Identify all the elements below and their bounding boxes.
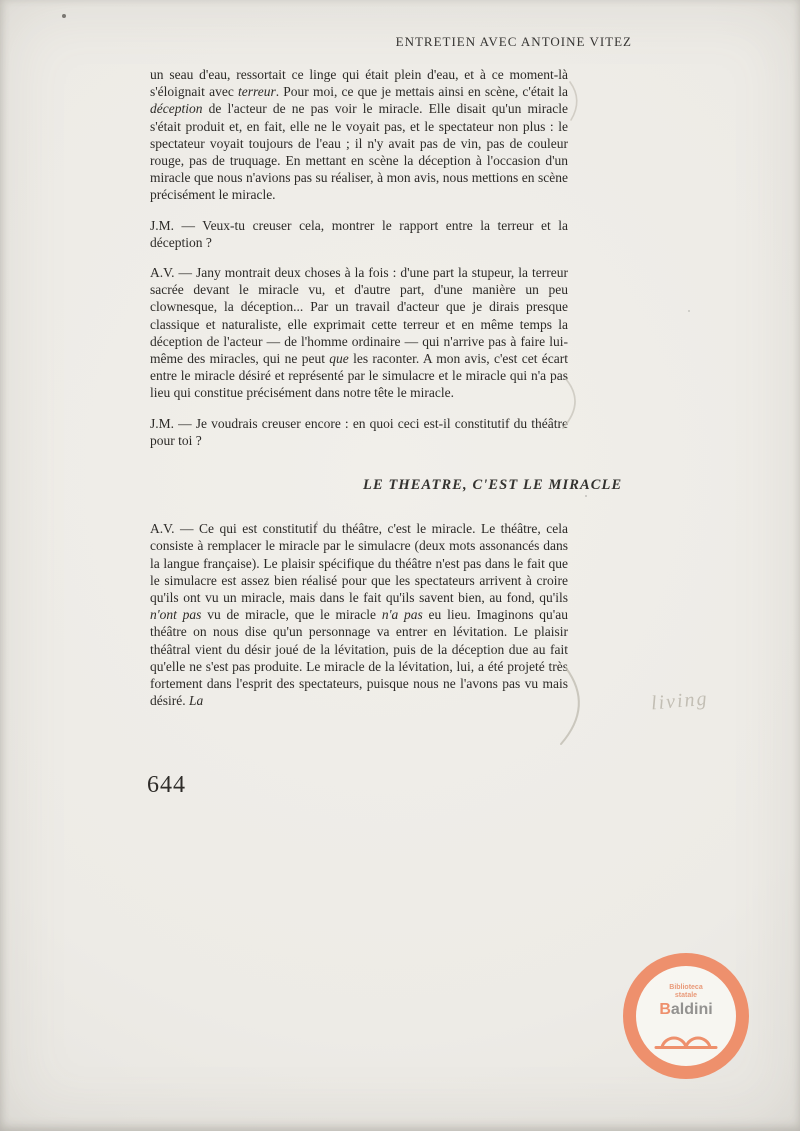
library-stamp-content: Biblioteca statale Baldini bbox=[636, 966, 736, 1066]
text-segment: J.M. — Je voudrais creuser encore : en q… bbox=[150, 416, 568, 448]
running-head: ENTRETIEN AVEC ANTOINE VITEZ bbox=[396, 34, 632, 50]
dialogue-paragraph-jm: J.M. — Je voudrais creuser encore : en q… bbox=[150, 415, 568, 449]
stamp-library-type: Biblioteca statale bbox=[669, 984, 702, 1000]
text-segment-italic: La bbox=[189, 693, 203, 708]
text-segment-italic: que bbox=[329, 351, 349, 366]
text-segment: . Pour moi, ce que je mettais ainsi en s… bbox=[276, 84, 568, 99]
text-segment-italic: déception bbox=[150, 101, 202, 116]
library-stamp: Biblioteca statale Baldini bbox=[623, 953, 749, 1079]
text-segment: A.V. — Ce qui est constitutif du théâtre… bbox=[150, 521, 568, 605]
text-segment-italic: n'ont pas bbox=[150, 607, 201, 622]
paragraph: un seau d'eau, ressortait ce linge qui é… bbox=[150, 66, 568, 204]
section-heading: LE THEATRE, C'EST LE MIRACLE bbox=[363, 477, 568, 494]
text-segment: de l'acteur de ne pas voir le miracle. E… bbox=[150, 101, 568, 202]
page-number: 644 bbox=[147, 772, 186, 799]
text-segment: J.M. — Veux-tu creuser cela, montrer le … bbox=[150, 218, 568, 250]
paper-speck bbox=[585, 495, 587, 497]
stamp-library-name: Baldini bbox=[659, 1001, 712, 1019]
dialogue-paragraph-av: A.V. — Ce qui est constitutif du théâtre… bbox=[150, 520, 568, 709]
text-segment: eu lieu. Imaginons qu'au théâtre on nous… bbox=[150, 607, 568, 708]
text-segment-italic: n'a pas bbox=[382, 607, 423, 622]
stamp-line1: Biblioteca bbox=[669, 984, 702, 992]
open-book-icon bbox=[653, 1021, 719, 1051]
paper-speck bbox=[688, 310, 690, 312]
dialogue-paragraph-av: A.V. — Jany montrait deux choses à la fo… bbox=[150, 264, 568, 402]
text-column: un seau d'eau, ressortait ce linge qui é… bbox=[150, 66, 568, 723]
stamp-name-initial: B bbox=[659, 1001, 671, 1018]
text-segment: vu de miracle, que le miracle bbox=[201, 607, 381, 622]
text-segment-italic: terreur bbox=[238, 84, 276, 99]
paper-speck bbox=[62, 14, 66, 18]
stamp-line2: statale bbox=[669, 992, 702, 1000]
stamp-name-rest: aldini bbox=[671, 1001, 713, 1018]
dialogue-paragraph-jm: J.M. — Veux-tu creuser cela, montrer le … bbox=[150, 217, 568, 251]
